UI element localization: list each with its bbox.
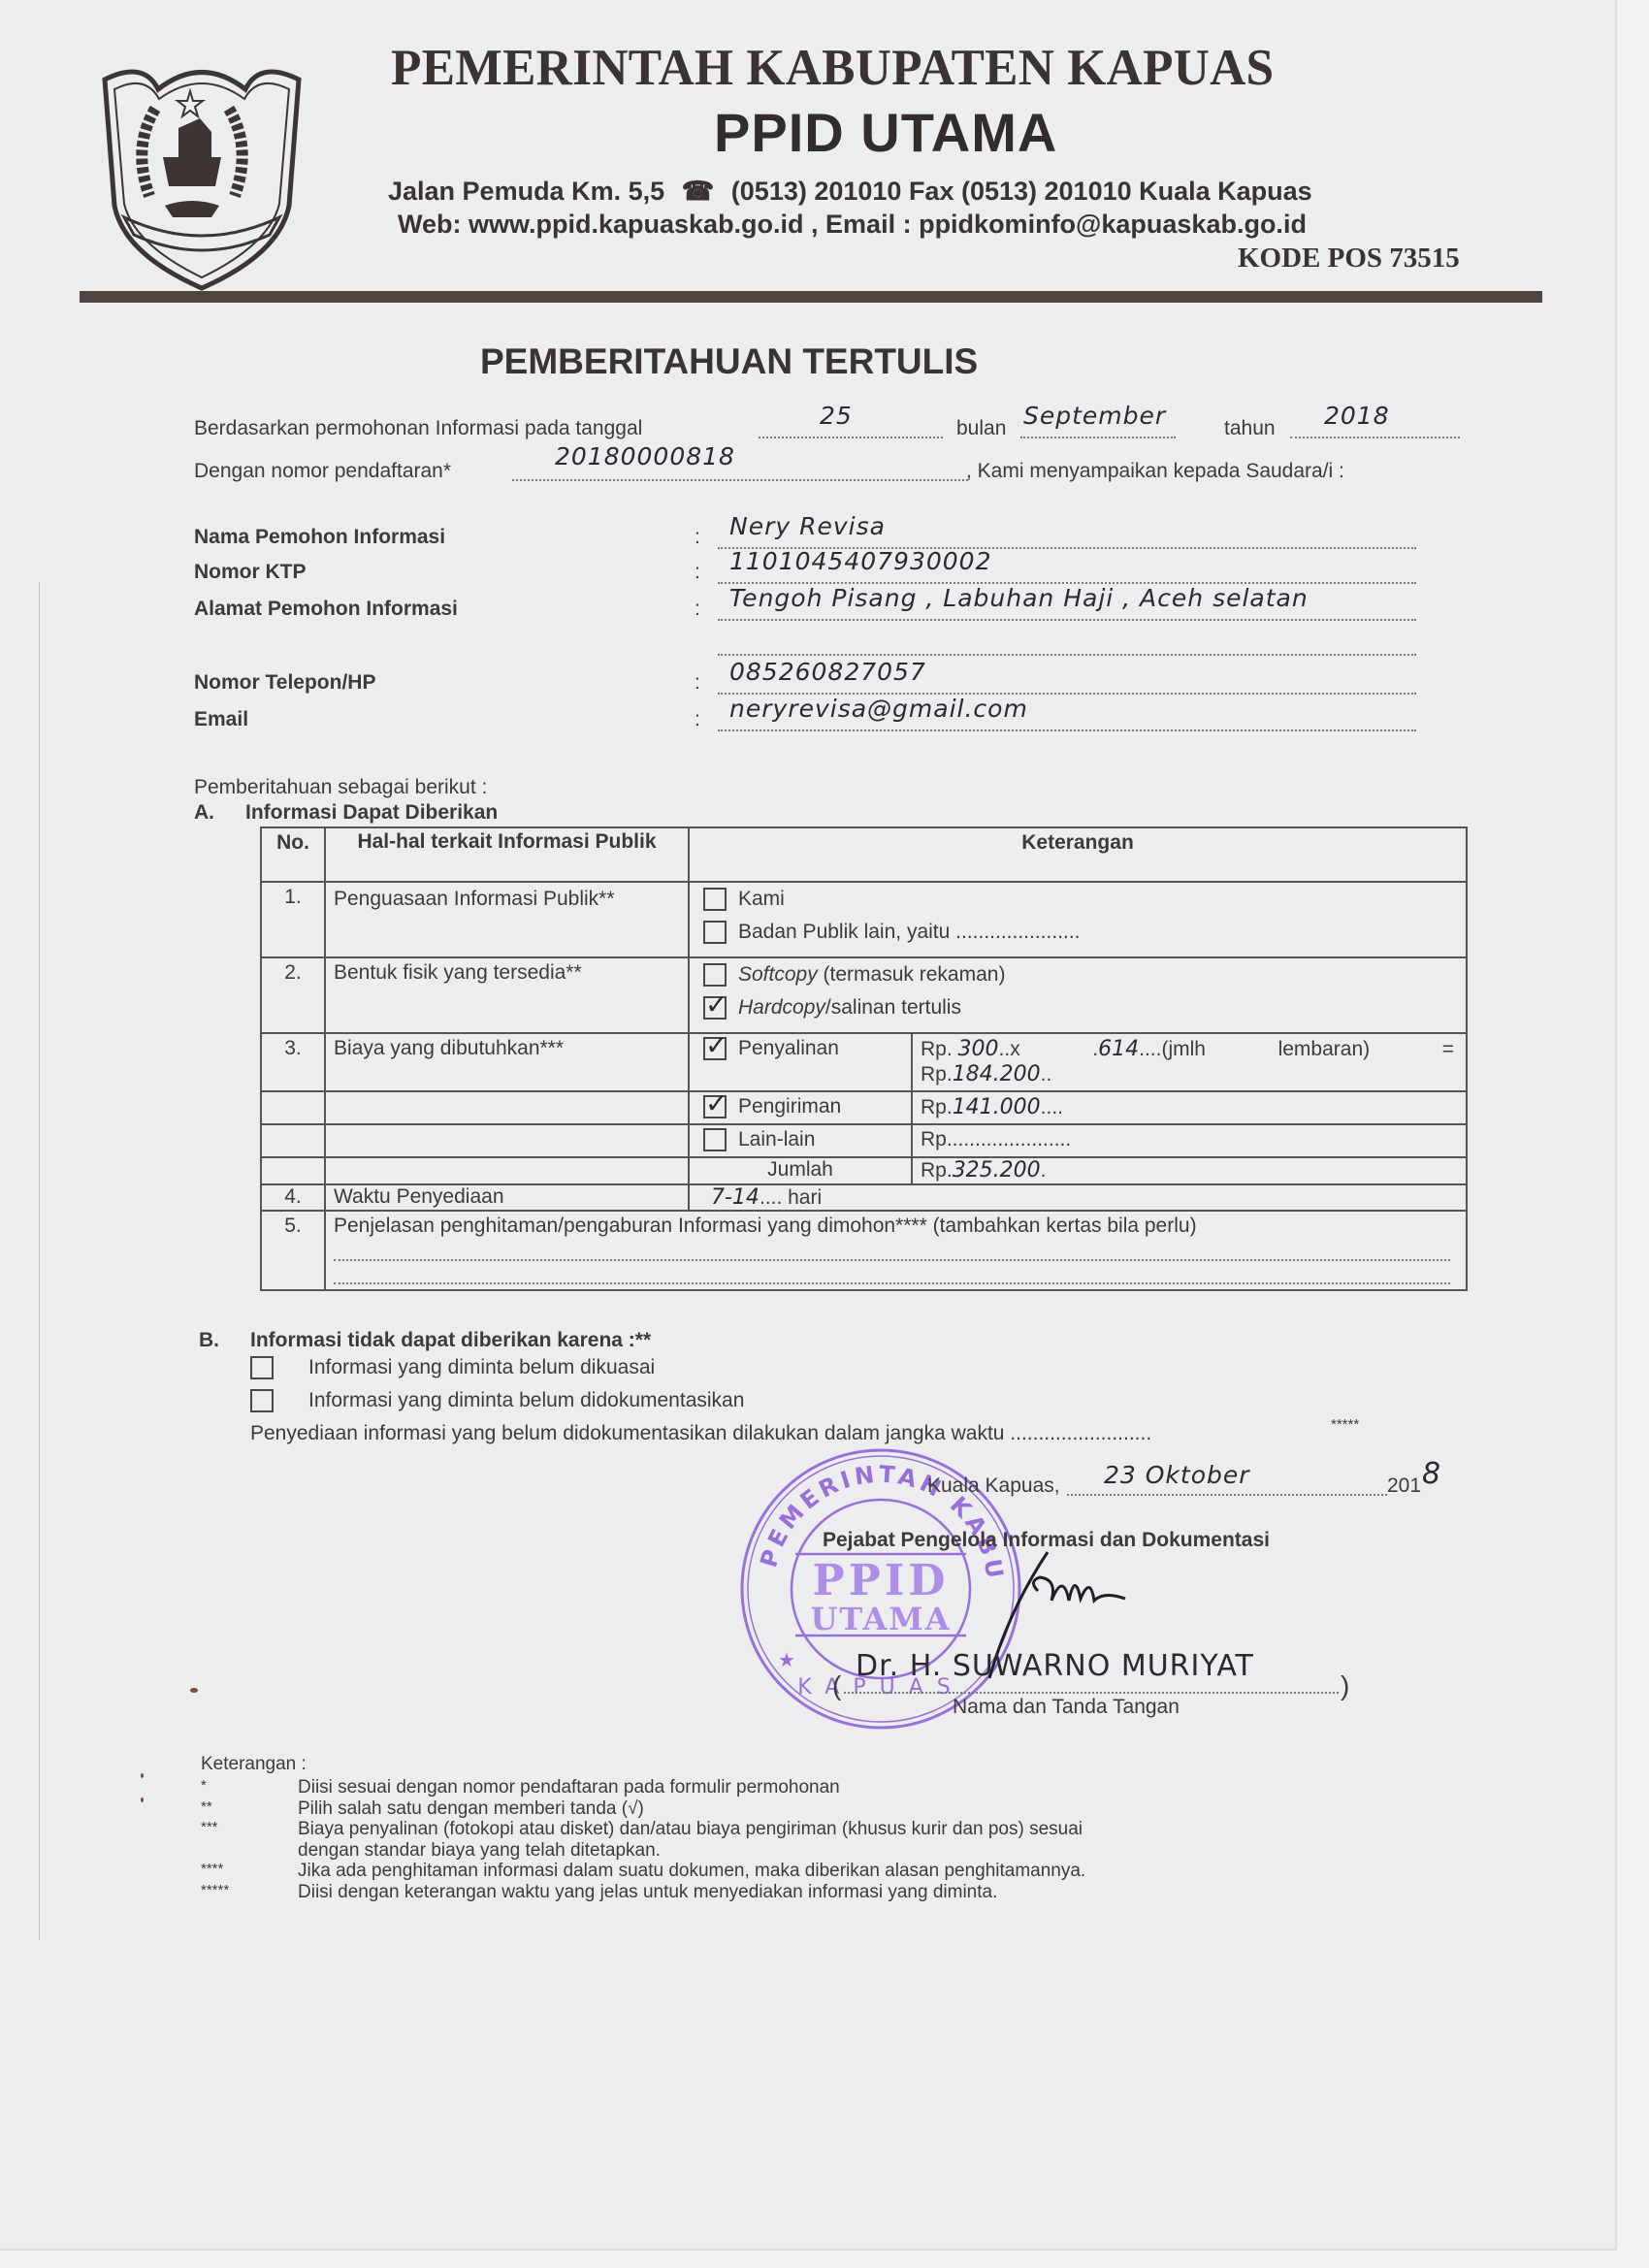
row-options: Softcopy (termasuk rekaman) Hardcopy/sal… (689, 957, 1467, 1033)
shipping-value: 141.000 (953, 1095, 1041, 1119)
time-value: 7-14.... hari (689, 1184, 1467, 1211)
section-b-title: Informasi tidak dapat diberikan karena :… (250, 1329, 651, 1352)
intro-date-label: Berdasarkan permohonan Informasi pada ta… (194, 417, 642, 440)
phone-fax-text: (0513) 201010 Fax (0513) 201010 Kuala Ka… (731, 177, 1312, 206)
signature-year-prefix: 201 (1387, 1474, 1421, 1498)
option-badan-publik[interactable]: Badan Publik lain, yaitu ...............… (697, 916, 1458, 949)
signature-date: 23 Oktober (1104, 1461, 1250, 1489)
table-row-cost-copying: 3. Biaya yang dibutuhkan*** Penyalinan R… (261, 1033, 1467, 1091)
month-label: bulan (956, 417, 1006, 440)
applicant-label: Nomor Telepon/HP (194, 671, 375, 695)
header-divider (80, 291, 1542, 303)
option-softcopy[interactable]: Softcopy (termasuk rekaman) (697, 958, 1458, 991)
header-desc: Keterangan (689, 827, 1467, 882)
copying-subtotal: 184.200 (953, 1062, 1041, 1086)
header-no: No. (261, 827, 325, 882)
footnote-mark: * (201, 1777, 207, 1794)
dotted-line (718, 729, 1416, 731)
registration-label: Dengan nomor pendaftaran* (194, 460, 451, 483)
svg-text:★: ★ (778, 1650, 795, 1671)
checkbox-badan-publik[interactable] (703, 921, 727, 944)
table-row: 4. Waktu Penyediaan 7-14.... hari (261, 1184, 1467, 1211)
footnote-text: Pilih salah satu dengan memberi tanda (√… (298, 1798, 644, 1820)
table-row-cost-total: Jumlah Rp.325.200. (261, 1157, 1467, 1184)
option-label: Lain-lain (738, 1128, 815, 1150)
footnote-text: dengan standar biaya yang telah ditetapk… (298, 1840, 661, 1862)
empty-cell (325, 1157, 689, 1184)
colon: : (695, 671, 700, 695)
sheet-count: 614 (1098, 1037, 1139, 1061)
dotted-line (1067, 1494, 1387, 1496)
office-name: PPID UTAMA (714, 101, 1057, 164)
request-month: September (1023, 402, 1166, 430)
total-value: 325.200 (953, 1158, 1041, 1183)
contact-address: Jalan Pemuda Km. 5,5 ☎ (0513) 201010 Fax… (388, 177, 1312, 207)
signatory-name: Dr. H. SUWARNO MURIYAT (856, 1649, 1254, 1683)
colon: : (695, 708, 700, 731)
dotted-line (718, 654, 1416, 656)
colon: : (695, 561, 700, 584)
postal-code: KODE POS 73515 (1238, 243, 1460, 275)
footnote-text: Biaya penyalinan (fotokopi atau disket) … (298, 1819, 1083, 1840)
address-text: Jalan Pemuda Km. 5,5 (388, 177, 664, 206)
option-label: Pengiriman (738, 1095, 841, 1118)
table-row-cost-other: Lain-lain Rp...................... (261, 1124, 1467, 1157)
footnote-text: Jika ada penghitaman informasi dalam sua… (298, 1861, 1085, 1882)
option-kami[interactable]: Kami (697, 883, 1458, 916)
timeframe-text: Penyediaan informasi yang belum didokume… (250, 1422, 1151, 1445)
shipping-cost: Rp.141.000.... (912, 1091, 1467, 1124)
row-item: Waktu Penyediaan (325, 1184, 689, 1211)
applicant-label: Alamat Pemohon Informasi (194, 598, 458, 621)
section-b-marker: B. (199, 1329, 219, 1352)
svg-text:UTAMA: UTAMA (810, 1601, 951, 1637)
rp-prefix: Rp. (921, 1096, 953, 1118)
footnote-text: Diisi sesuai dengan nomor pendaftaran pa… (298, 1777, 840, 1798)
footnote-text: Diisi dengan keterangan waktu yang jelas… (298, 1882, 997, 1903)
checkbox-shipping-checked[interactable] (703, 1095, 727, 1118)
section-a-title: Informasi Dapat Diberikan (245, 801, 498, 825)
government-name: PEMERINTAH KABUPATEN KAPUAS (391, 39, 1274, 97)
checkbox-copying-checked[interactable] (703, 1037, 727, 1060)
checkbox-other[interactable] (703, 1128, 727, 1151)
open-paren: ( (832, 1670, 841, 1701)
checkbox-not-documented[interactable] (250, 1389, 274, 1412)
empty-cell (261, 1124, 325, 1157)
footnote-mark: **** (201, 1861, 223, 1877)
row-no: 1. (261, 882, 325, 957)
footnotes-title: Keterangan : (201, 1754, 307, 1775)
applicant-value: Nery Revisa (729, 512, 886, 540)
footnote-mark: ***** (201, 1882, 229, 1898)
row-no: 2. (261, 957, 325, 1033)
dotted-line (334, 1261, 1450, 1284)
scan-speck (141, 1798, 144, 1802)
scanned-page: PEMERINTAH KABUPATEN KAPUAS PPID UTAMA J… (0, 0, 1617, 2251)
checkbox-hardcopy-checked[interactable] (703, 996, 727, 1020)
copying-option[interactable]: Penyalinan (689, 1033, 912, 1091)
web-email-line: Web: www.ppid.kapuaskab.go.id , Email : … (398, 210, 1307, 240)
table-row: 1. Penguasaan Informasi Publik** Kami Ba… (261, 882, 1467, 957)
dotted-line (1290, 437, 1460, 438)
table-row: 5. Penjelasan penghitaman/pengaburan Inf… (261, 1211, 1467, 1290)
shipping-option[interactable]: Pengiriman (689, 1091, 912, 1124)
option-label: Penyalinan (738, 1037, 839, 1059)
footnote-mark: ** (201, 1798, 212, 1815)
option-label: Badan Publik lain, yaitu ...............… (738, 921, 1081, 943)
notice-intro: Pemberitahuan sebagai berikut : (194, 776, 487, 799)
section-a-marker: A. (194, 801, 214, 825)
rp-prefix: Rp. (921, 1038, 953, 1060)
telephone-icon: ☎ (682, 177, 715, 206)
option-label: /salinan tertulis (825, 996, 961, 1019)
empty-cell (261, 1157, 325, 1184)
address-to-text: , Kami menyampaikan kepada Saudara/i : (966, 460, 1344, 483)
days-suffix: .... hari (760, 1186, 822, 1209)
applicant-value: Tengoh Pisang , Labuhan Haji , Aceh sela… (729, 584, 1309, 612)
scan-speck (190, 1688, 198, 1693)
applicant-label: Nama Pemohon Informasi (194, 526, 445, 549)
rp-prefix: Rp. (921, 1063, 953, 1085)
dotted-line (512, 479, 968, 481)
row-item: Penguasaan Informasi Publik** (325, 882, 689, 957)
scan-edge-line (39, 582, 40, 1940)
registration-number: 20180000818 (555, 442, 735, 470)
year-label: tahun (1224, 417, 1276, 440)
kapuas-coat-of-arms-icon (85, 50, 318, 293)
dots-suffix: .... (1041, 1096, 1063, 1118)
table-row: 2. Bentuk fisik yang tersedia** Softcopy… (261, 957, 1467, 1033)
row-item: Biaya yang dibutuhkan*** (325, 1033, 689, 1091)
empty-cell (325, 1124, 689, 1157)
applicant-label: Email (194, 708, 248, 731)
blackout-cell: Penjelasan penghitaman/pengaburan Inform… (325, 1211, 1467, 1290)
other-cost: Rp...................... (912, 1124, 1467, 1157)
applicant-value: 1101045407930002 (729, 547, 992, 575)
option-label-italic: Softcopy (738, 963, 818, 986)
dotted-line (759, 437, 943, 438)
empty-cell (325, 1091, 689, 1124)
option-hardcopy[interactable]: Hardcopy/salinan tertulis (697, 991, 1458, 1024)
total-cost: Rp.325.200. (912, 1157, 1467, 1184)
document-title: PEMBERITAHUAN TERTULIS (480, 341, 978, 382)
blackout-text: Penjelasan penghitaman/pengaburan Inform… (334, 1215, 1458, 1238)
option-label: Kami (738, 888, 785, 910)
option-label: (termasuk rekaman) (818, 963, 1006, 986)
days-range: 7-14 (711, 1185, 760, 1210)
dotted-line (844, 1692, 1339, 1694)
row-no: 4. (261, 1184, 325, 1211)
unit-price: 300 (958, 1037, 999, 1061)
equals-sign: = (1442, 1037, 1454, 1062)
applicant-value: neryrevisa@gmail.com (729, 695, 1028, 723)
request-day: 25 (820, 402, 853, 430)
option-not-controlled[interactable]: Informasi yang diminta belum dikuasai (250, 1356, 655, 1379)
other-option[interactable]: Lain-lain (689, 1124, 912, 1157)
sheets-suffix: ....(jmlh (1139, 1038, 1206, 1060)
signature-place: Kuala Kapuas, (927, 1474, 1060, 1498)
dotted-line (334, 1238, 1450, 1261)
option-label-italic: Hardcopy (738, 996, 825, 1019)
dotted-line (1020, 437, 1176, 438)
dotted-line (718, 619, 1416, 621)
total-label: Jumlah (689, 1157, 912, 1184)
colon: : (695, 598, 700, 621)
checkbox-not-controlled[interactable] (250, 1356, 274, 1379)
header-item: Hal-hal terkait Informasi Publik (325, 827, 689, 882)
signature-caption: Nama dan Tanda Tangan (953, 1696, 1180, 1719)
colon: : (695, 526, 700, 549)
request-year: 2018 (1324, 402, 1390, 430)
option-not-documented[interactable]: Informasi yang diminta belum didokumenta… (250, 1389, 744, 1412)
table-row-cost-shipping: Pengiriman Rp.141.000.... (261, 1091, 1467, 1124)
footnote-mark: *** (201, 1819, 218, 1835)
copying-cost: Rp. 300..x .614....(jmlh lembaran) = Rp.… (912, 1033, 1467, 1091)
row-item: Bentuk fisik yang tersedia** (325, 957, 689, 1033)
checkbox-kami[interactable] (703, 888, 727, 911)
option-label: Informasi yang diminta belum dikuasai (308, 1356, 655, 1378)
row-options: Kami Badan Publik lain, yaitu ..........… (689, 882, 1467, 957)
information-table: No. Hal-hal terkait Informasi Publik Ket… (260, 826, 1468, 1291)
option-label: Informasi yang diminta belum didokumenta… (308, 1389, 744, 1411)
scan-speck (141, 1773, 144, 1778)
lembaran-text: lembaran) (1278, 1037, 1371, 1062)
applicant-value: 085260827057 (729, 658, 926, 686)
times: x (1010, 1038, 1020, 1060)
signature-year-digit: 8 (1422, 1457, 1441, 1491)
row-no: 3. (261, 1033, 325, 1091)
close-paren: ) (1341, 1670, 1349, 1701)
checkbox-softcopy[interactable] (703, 963, 727, 987)
row-no: 5. (261, 1211, 325, 1290)
empty-cell (261, 1091, 325, 1124)
svg-text:PPID: PPID (813, 1556, 950, 1605)
timeframe-mark: ***** (1331, 1416, 1359, 1433)
rp-prefix: Rp. (921, 1159, 953, 1182)
applicant-label: Nomor KTP (194, 561, 307, 584)
